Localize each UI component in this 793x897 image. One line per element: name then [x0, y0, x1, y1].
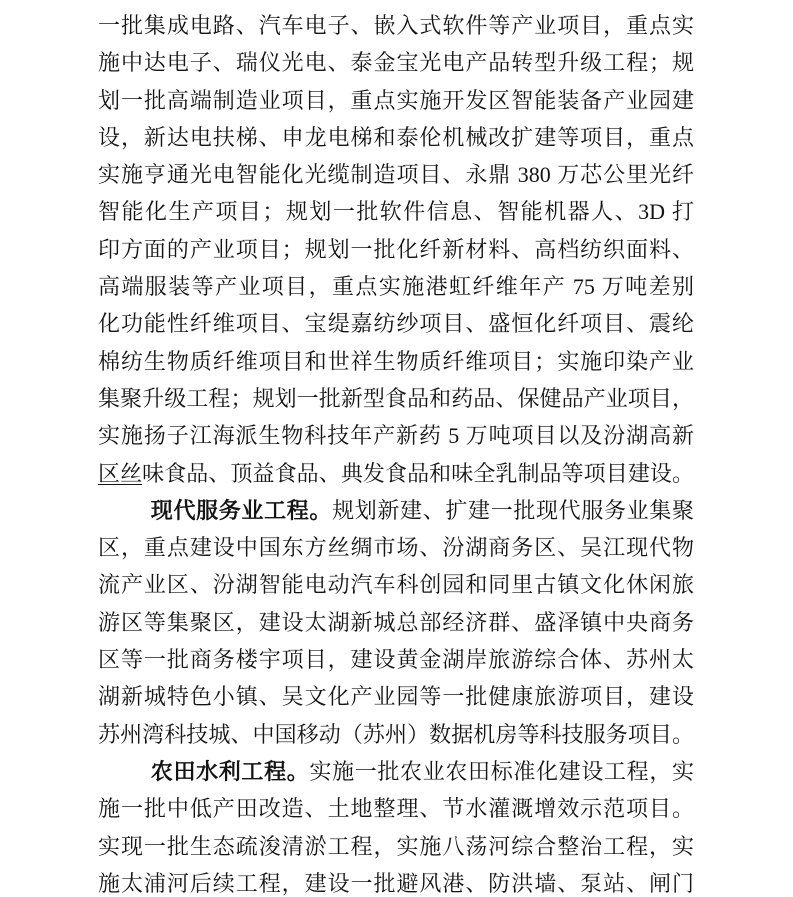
underlined-text: 区丝	[98, 461, 142, 486]
text-line: 智能化生产项目；规划一批软件信息、智能机器人、3D 打	[98, 193, 694, 230]
text-line: 一批集成电路、汽车电子、嵌入式软件等产业项目，重点实	[98, 7, 694, 44]
text-line: 高端服装等产业项目，重点实施港虹纤维年产 75 万吨差别	[98, 268, 694, 305]
line-text: 设，新达电扶梯、申龙电梯和泰伦机械改扩建等项目，重点	[98, 125, 694, 150]
line-text: 智能化生产项目；规划一批软件信息、智能机器人、3D 打	[98, 199, 694, 224]
text-line: 印方面的产业项目；规划一批化纤新材料、高档纺织面料、	[98, 231, 694, 268]
line-text: 实现一批生态疏浚清淤工程，实施八荡河综合整治工程，实	[98, 834, 694, 859]
line-text: 游区等集聚区，建设太湖新城总部经济群、盛泽镇中央商务	[98, 610, 694, 635]
text-line: 区，重点建设中国东方丝绸市场、汾湖商务区、吴江现代物	[98, 529, 694, 566]
line-text: 实施扬子江海派生物科技年产新药 5 万吨项目以及汾湖高新	[98, 423, 694, 448]
document-page: 一批集成电路、汽车电子、嵌入式软件等产业项目，重点实 施中达电子、瑞仪光电、泰金…	[0, 0, 793, 897]
text-line: 集聚升级工程；规划一批新型食品和药品、保健品产业项目，	[98, 380, 694, 417]
text-line: 实现一批生态疏浚清淤工程，实施八荡河综合整治工程，实	[98, 828, 694, 865]
text-line: 流产业区、汾湖智能电动汽车科创园和同里古镇文化休闲旅	[98, 566, 694, 603]
text-line: 实施亨通光电智能化光缆制造项目、永鼎 380 万芯公里光纤	[98, 156, 694, 193]
text-line: 施中达电子、瑞仪光电、泰金宝光电产品转型升级工程；规	[98, 44, 694, 81]
line-text: 规划新建、扩建一批现代服务业集聚	[332, 498, 694, 523]
text-line: 划一批高端制造业项目，重点实施开发区智能装备产业园建	[98, 82, 694, 119]
line-text: 区，重点建设中国东方丝绸市场、汾湖商务区、吴江现代物	[98, 535, 694, 560]
line-text: 施太浦河后续工程，建设一批避风港、防洪墙、泵站、闸门	[98, 871, 694, 896]
line-text: 施中达电子、瑞仪光电、泰金宝光电产品转型升级工程；规	[98, 50, 694, 75]
line-text: 湖新城特色小镇、吴文化产业园等一批健康旅游项目，建设	[98, 684, 694, 709]
text-line: 游区等集聚区，建设太湖新城总部经济群、盛泽镇中央商务	[98, 604, 694, 641]
line-text: 实施亨通光电智能化光缆制造项目、永鼎 380 万芯公里光纤	[98, 162, 694, 187]
text-line: 施太浦河后续工程，建设一批避风港、防洪墙、泵站、闸门	[98, 865, 694, 897]
text-line: 实施扬子江海派生物科技年产新药 5 万吨项目以及汾湖高新	[98, 417, 694, 454]
paragraph-start-line: 农田水利工程。实施一批农业农田标准化建设工程，实	[98, 753, 694, 790]
text-block: 一批集成电路、汽车电子、嵌入式软件等产业项目，重点实 施中达电子、瑞仪光电、泰金…	[0, 0, 793, 897]
line-text: 化功能性纤维项目、宝缇嘉纺纱项目、盛恒化纤项目、震纶	[98, 311, 694, 336]
paragraph-heading: 农田水利工程。	[151, 759, 310, 784]
line-text: 实施一批农业农田标准化建设工程，实	[309, 759, 694, 784]
paragraph-start-line: 现代服务业工程。规划新建、扩建一批现代服务业集聚	[98, 492, 694, 529]
line-text: 棉纺生物质纤维项目和世祥生物质纤维项目；实施印染产业	[98, 349, 694, 374]
text-line: 湖新城特色小镇、吴文化产业园等一批健康旅游项目，建设	[98, 678, 694, 715]
line-text: 施一批中低产田改造、土地整理、节水灌溉增效示范项目。	[98, 796, 694, 821]
text-line: 区丝味食品、顶益食品、典发食品和味全乳制品等项目建设。	[98, 455, 694, 492]
line-text: 区等一批商务楼宇项目，建设黄金湖岸旅游综合体、苏州太	[98, 647, 694, 672]
line-text: 印方面的产业项目；规划一批化纤新材料、高档纺织面料、	[98, 237, 694, 262]
line-text: 集聚升级工程；规划一批新型食品和药品、保健品产业项目，	[98, 386, 694, 411]
text-line: 化功能性纤维项目、宝缇嘉纺纱项目、盛恒化纤项目、震纶	[98, 305, 694, 342]
line-text: 一批集成电路、汽车电子、嵌入式软件等产业项目，重点实	[98, 13, 694, 38]
text-line: 施一批中低产田改造、土地整理、节水灌溉增效示范项目。	[98, 790, 694, 827]
text-line: 设，新达电扶梯、申龙电梯和泰伦机械改扩建等项目，重点	[98, 119, 694, 156]
line-text: 划一批高端制造业项目，重点实施开发区智能装备产业园建	[98, 88, 694, 113]
line-text: 味食品、顶益食品、典发食品和味全乳制品等项目建设。	[142, 461, 694, 486]
line-text: 流产业区、汾湖智能电动汽车科创园和同里古镇文化休闲旅	[98, 572, 694, 597]
line-text: 苏州湾科技城、中国移动（苏州）数据机房等科技服务项目。	[98, 722, 694, 747]
text-line: 苏州湾科技城、中国移动（苏州）数据机房等科技服务项目。	[98, 716, 694, 753]
line-text: 高端服装等产业项目，重点实施港虹纤维年产 75 万吨差别	[98, 274, 694, 299]
paragraph-heading: 现代服务业工程。	[151, 498, 332, 523]
text-line: 区等一批商务楼宇项目，建设黄金湖岸旅游综合体、苏州太	[98, 641, 694, 678]
text-line: 棉纺生物质纤维项目和世祥生物质纤维项目；实施印染产业	[98, 343, 694, 380]
